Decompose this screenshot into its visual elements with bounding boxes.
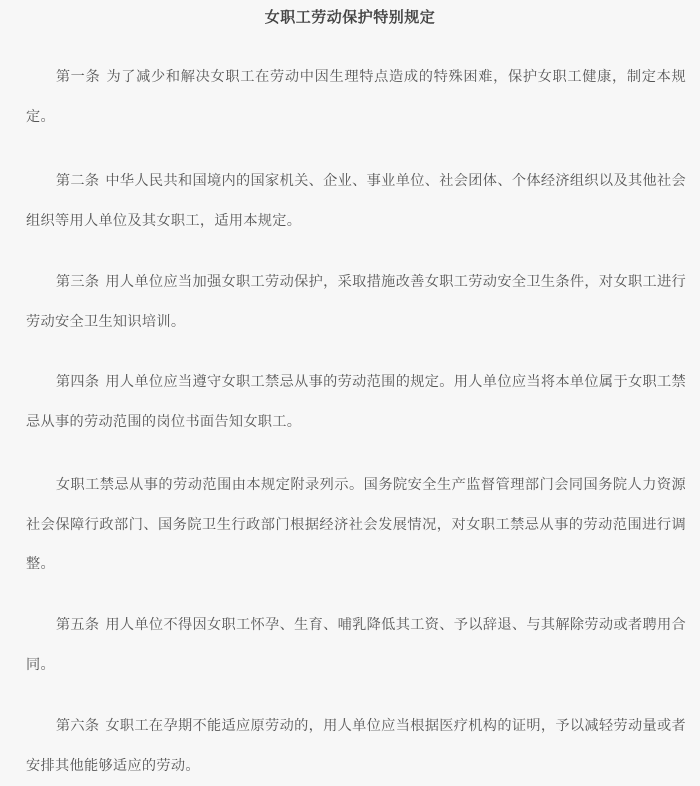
article-label: 第三条 bbox=[56, 274, 100, 290]
article-label: 第二条 bbox=[56, 173, 100, 189]
article-text: 女职工在孕期不能适应原劳动的，用人单位应当根据医疗机构的证明，予以减轻劳动量或者… bbox=[26, 718, 686, 774]
article-label: 第六条 bbox=[56, 718, 100, 734]
article-4-continued: 女职工禁忌从事的劳动范围由本规定附录列示。国务院安全生产监督管理部门会同国务院人… bbox=[26, 466, 686, 585]
article-2: 第二条中华人民共和国境内的国家机关、企业、事业单位、社会团体、个体经济组织以及其… bbox=[26, 162, 686, 241]
article-text: 用人单位应当遵守女职工禁忌从事的劳动范围的规定。用人单位应当将本单位属于女职工禁… bbox=[26, 374, 686, 430]
document-title: 女职工劳动保护特别规定 bbox=[0, 6, 700, 27]
article-text: 中华人民共和国境内的国家机关、企业、事业单位、社会团体、个体经济组织以及其他社会… bbox=[26, 173, 686, 229]
article-label: 第四条 bbox=[56, 374, 100, 390]
article-6: 第六条女职工在孕期不能适应原劳动的，用人单位应当根据医疗机构的证明，予以减轻劳动… bbox=[26, 707, 686, 786]
article-text: 用人单位不得因女职工怀孕、生育、哺乳降低其工资、予以辞退、与其解除劳动或者聘用合… bbox=[26, 617, 686, 673]
article-5: 第五条用人单位不得因女职工怀孕、生育、哺乳降低其工资、予以辞退、与其解除劳动或者… bbox=[26, 606, 686, 685]
article-1: 第一条为了减少和解决女职工在劳动中因生理特点造成的特殊困难，保护女职工健康，制定… bbox=[26, 58, 686, 137]
article-text: 为了减少和解决女职工在劳动中因生理特点造成的特殊困难，保护女职工健康，制定本规定… bbox=[26, 69, 686, 125]
article-4: 第四条用人单位应当遵守女职工禁忌从事的劳动范围的规定。用人单位应当将本单位属于女… bbox=[26, 363, 686, 442]
article-text: 女职工禁忌从事的劳动范围由本规定附录列示。国务院安全生产监督管理部门会同国务院人… bbox=[26, 477, 686, 572]
article-text: 用人单位应当加强女职工劳动保护，采取措施改善女职工劳动安全卫生条件，对女职工进行… bbox=[26, 274, 686, 330]
article-label: 第五条 bbox=[56, 617, 100, 633]
article-3: 第三条用人单位应当加强女职工劳动保护，采取措施改善女职工劳动安全卫生条件，对女职… bbox=[26, 263, 686, 342]
article-label: 第一条 bbox=[56, 69, 101, 85]
